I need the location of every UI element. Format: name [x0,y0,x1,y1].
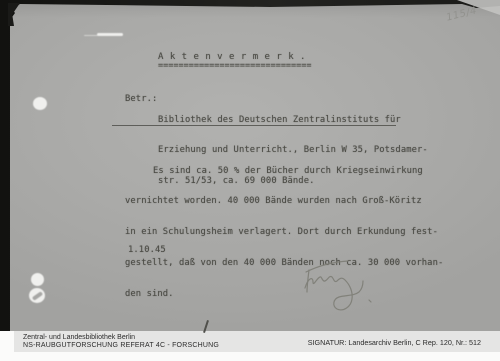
subject-label: Betr.: [125,94,157,104]
footer-signature-reference: SIGNATUR: Landesarchiv Berlin, C Rep. 12… [308,338,481,347]
footer-bar: Zentral- und Landesbibliothek Berlin NS-… [14,331,500,352]
footer-institution-line1: Zentral- und Landesbibliothek Berlin [23,334,219,342]
scanned-document-page: 115/4 A k t e n v e r m e r k . ========… [0,0,500,361]
body-line: in ein Schulungsheim verlagert. Dort dur… [125,227,443,237]
subject-underline [112,112,396,126]
body-line: Es sind ca. 50 % der Bücher durch Kriegs… [125,166,443,176]
handwritten-signature [300,248,400,316]
footer-institution-line2: NS-RAUBGUTFORSCHUNG REFERAT 4C - FORSCHU… [23,342,219,350]
punch-hole [31,273,44,286]
date: 1.10.45 [128,245,166,255]
body-line: vernichtet worden. 40 000 Bände wurden n… [125,196,443,206]
footer-institution: Zentral- und Landesbibliothek Berlin NS-… [23,334,219,350]
title-underline: ============================== [158,61,312,71]
punch-hole-tear [32,291,43,301]
punch-hole [33,97,47,110]
punch-hole [29,288,45,303]
scan-artifact [97,33,123,36]
